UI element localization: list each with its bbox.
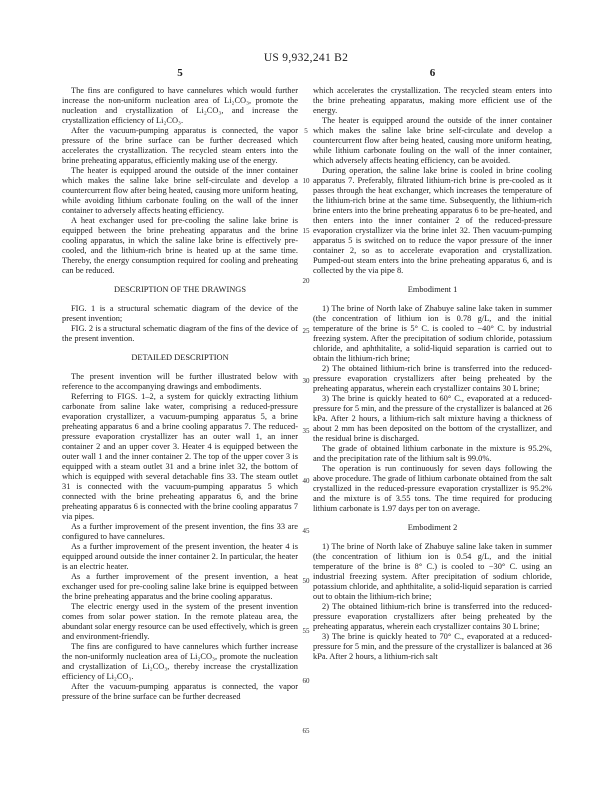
patent-paragraph: 3) The brine is quickly heated to 60° C.… <box>313 394 552 444</box>
patent-paragraph: 1) The brine of North lake of Zhabuye sa… <box>313 304 552 364</box>
patent-paragraph: which accelerates the crystallization. T… <box>313 86 552 116</box>
patent-paragraph: As a further improvement of the present … <box>62 522 298 542</box>
patent-paragraph: During operation, the saline lake brine … <box>313 166 552 276</box>
patent-paragraph: FIG. 1 is a structural schematic diagram… <box>62 304 298 324</box>
patent-paragraph: After the vacuum-pumping apparatus is co… <box>62 682 298 702</box>
section-heading-embodiment-2: Embodiment 2 <box>313 523 552 533</box>
patent-paragraph: The fins are configured to have cannelur… <box>62 86 298 126</box>
patent-paragraph: A heat exchanger used for pre-cooling th… <box>62 216 298 276</box>
patent-paragraph: The electric energy used in the system o… <box>62 602 298 642</box>
patent-paragraph: Referring to FIGS. 1–2, a system for qui… <box>62 392 298 522</box>
column-number-left: 5 <box>62 67 298 79</box>
line-number-65: 65 <box>296 726 316 736</box>
text-column-6: which accelerates the crystallization. T… <box>313 86 552 662</box>
section-heading-embodiment-1: Embodiment 1 <box>313 285 552 295</box>
text-column-5: The fins are configured to have cannelur… <box>62 86 298 702</box>
patent-paragraph: The operation is run continuously for se… <box>313 464 552 514</box>
patent-paragraph: 1) The brine of North lake of Zhabuye sa… <box>313 542 552 602</box>
patent-paragraph: 2) The obtained lithium-rich brine is tr… <box>313 602 552 632</box>
patent-paragraph: FIG. 2 is a structural schematic diagram… <box>62 324 298 344</box>
patent-paragraph: The heater is equipped around the outsid… <box>313 116 552 166</box>
patent-paragraph: The grade of obtained lithium carbonate … <box>313 444 552 464</box>
section-heading-drawings: DESCRIPTION OF THE DRAWINGS <box>62 285 298 295</box>
patent-paragraph: As a further improvement of the present … <box>62 542 298 572</box>
patent-page: US 9,932,241 B2 5 6 5 10 15 20 25 30 35 … <box>0 0 612 792</box>
patent-paragraph: 2) The obtained lithium-rich brine is tr… <box>313 364 552 394</box>
patent-paragraph: The fins are configured to have cannelur… <box>62 642 298 682</box>
column-number-right: 6 <box>313 67 552 79</box>
patent-paragraph: 3) The brine is quickly heated to 70° C.… <box>313 632 552 662</box>
patent-paragraph: The present invention will be further il… <box>62 372 298 392</box>
patent-paragraph: The heater is equipped around the outsid… <box>62 166 298 216</box>
patent-paragraph: As a further improvement of the present … <box>62 572 298 602</box>
section-heading-detailed-description: DETAILED DESCRIPTION <box>62 353 298 363</box>
patent-paragraph: After the vacuum-pumping apparatus is co… <box>62 126 298 166</box>
line-number-60: 60 <box>296 676 316 686</box>
patent-number-header: US 9,932,241 B2 <box>0 52 612 64</box>
